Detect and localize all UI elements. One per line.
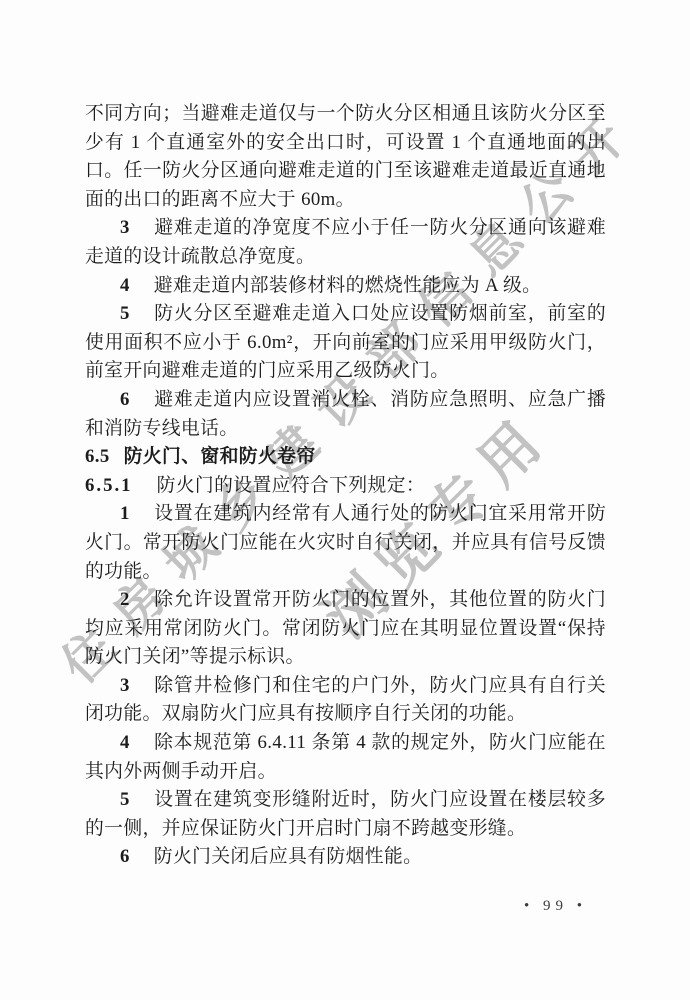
clause-number: 6.5.1 [85, 475, 133, 496]
item-number: 5 [120, 789, 130, 810]
item-number: 6 [120, 846, 130, 867]
clause-6-4-item-5: 5防火分区至避难走道入口处应设置防烟前室，前室的使用面积不应小于 6.0m²，开… [85, 300, 606, 386]
item-number: 6 [120, 389, 130, 410]
clause-6-5-item-6: 6防火门关闭后应具有防烟性能。 [85, 843, 606, 872]
text-block: 不同方向；当避难走道仅与一个防火分区相通且该防火分区至少有 1 个直通室外的安全… [85, 100, 606, 872]
item-number: 4 [120, 732, 130, 753]
section-number: 6.5 [85, 446, 110, 467]
clause-6-4-item-3: 3避难走道的净宽度不应小于任一防火分区通向该避难走道的设计疏散总净宽度。 [85, 214, 606, 271]
item-number: 5 [120, 303, 130, 324]
item-text: 设置在建筑内经常有人通行处的防火门宜采用常开防火门。常开防火门应能在火灾时自行关… [85, 503, 606, 581]
item-text: 除允许设置常开防火门的位置外，其他位置的防火门均应采用常闭防火门。常闭防火门应在… [85, 589, 606, 667]
item-text: 避难走道的净宽度不应小于任一防火分区通向该避难走道的设计疏散总净宽度。 [85, 217, 606, 267]
clause-6-4-item-6: 6避难走道内应设置消火栓、消防应急照明、应急广播和消防专线电话。 [85, 386, 606, 443]
item-number: 3 [120, 675, 130, 696]
item-number: 2 [120, 589, 130, 610]
clause-6-5-item-5: 5设置在建筑变形缝附近时，防火门应设置在楼层较多的一侧，并应保证防火门开启时门扇… [85, 786, 606, 843]
item-text: 除管井检修门和住宅的户门外，防火门应具有自行关闭功能。双扇防火门应具有按顺序自行… [85, 675, 606, 725]
item-text: 避难走道内应设置消火栓、消防应急照明、应急广播和消防专线电话。 [85, 389, 606, 439]
item-text: 设置在建筑变形缝附近时，防火门应设置在楼层较多的一侧，并应保证防火门开启时门扇不… [85, 789, 606, 839]
clause-6-5-item-1: 1设置在建筑内经常有人通行处的防火门宜采用常开防火门。常开防火门应能在火灾时自行… [85, 500, 606, 586]
item-text: 除本规范第 6.4.11 条第 4 款的规定外，防火门应能在其内外两侧手动开启。 [85, 732, 606, 782]
clause-6-5-item-3: 3除管井检修门和住宅的户门外，防火门应具有自行关闭功能。双扇防火门应具有按顺序自… [85, 672, 606, 729]
item-text: 防火分区至避难走道入口处应设置防烟前室，前室的使用面积不应小于 6.0m²，开向… [85, 303, 606, 381]
document-page: 住房城乡建设部信息公开 浏览专用 不同方向；当避难走道仅与一个防火分区相通且该防… [0, 0, 690, 1000]
section-heading: 6.5防火门、窗和防火卷帘 [85, 443, 606, 472]
clause-text: 防火门的设置应符合下列规定： [157, 475, 426, 496]
clause-6-5-item-2: 2除允许设置常开防火门的位置外，其他位置的防火门均应采用常闭防火门。常闭防火门应… [85, 586, 606, 672]
section-title: 防火门、窗和防火卷帘 [124, 446, 316, 467]
clause-6-4-item-4: 4避难走道内部装修材料的燃烧性能应为 A 级。 [85, 272, 606, 301]
page-number: • 99 • [524, 896, 587, 916]
item-number: 3 [120, 217, 130, 238]
item-number: 1 [120, 503, 130, 524]
clause-6-5-1: 6.5.1防火门的设置应符合下列规定： [85, 472, 606, 501]
item-text: 防火门关闭后应具有防烟性能。 [154, 846, 423, 867]
item-number: 4 [120, 275, 130, 296]
paragraph-continuation: 不同方向；当避难走道仅与一个防火分区相通且该防火分区至少有 1 个直通室外的安全… [85, 100, 606, 214]
clause-6-5-item-4: 4除本规范第 6.4.11 条第 4 款的规定外，防火门应能在其内外两侧手动开启… [85, 729, 606, 786]
item-text: 避难走道内部装修材料的燃烧性能应为 A 级。 [154, 275, 542, 296]
